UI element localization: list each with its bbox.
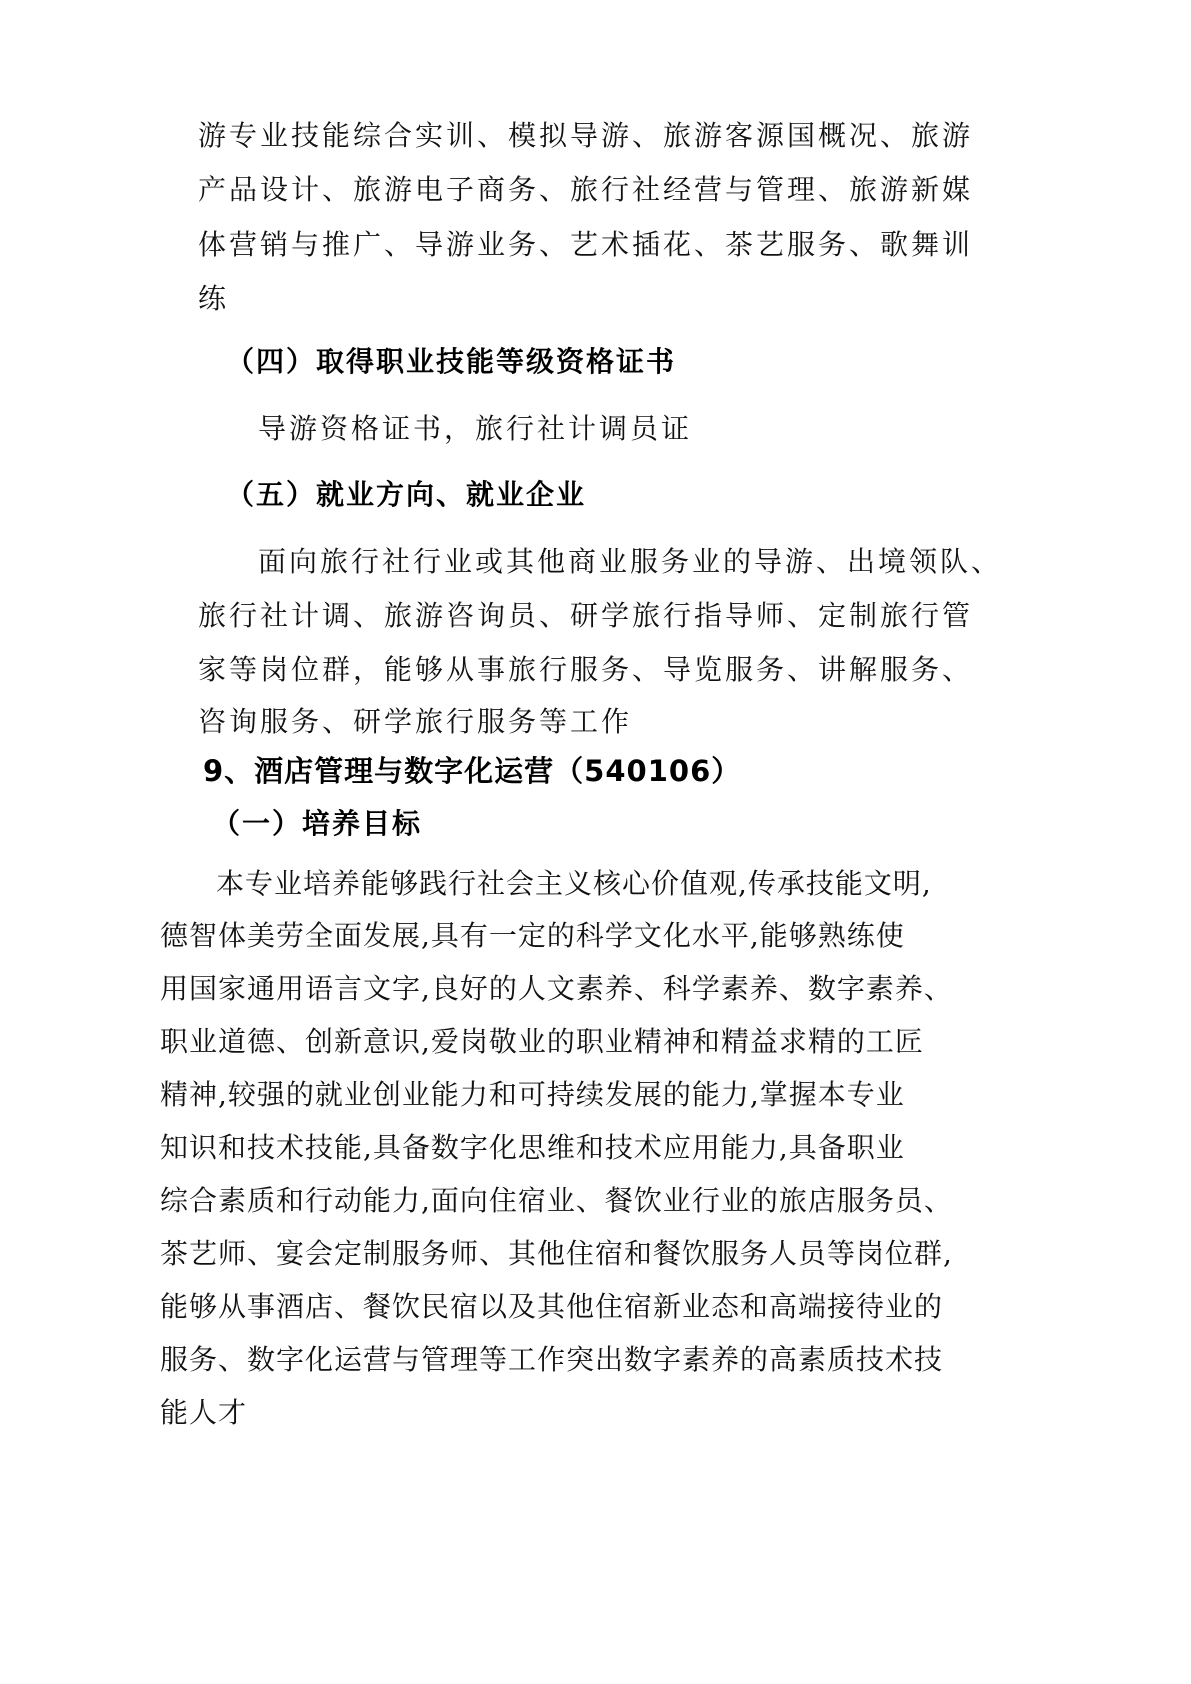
paragraph-line: 知识和技术技能,具备数字化思维和技术应用能力,具备职业 (160, 1130, 905, 1166)
paragraph-line: 精神,较强的就业创业能力和可持续发展的能力,掌握本专业 (160, 1077, 905, 1113)
paragraph-line: 本专业培养能够践行社会主义核心价值观,传承技能文明, (216, 866, 932, 902)
paragraph-line: 能够从事酒店、餐饮民宿以及其他住宿新业态和高端接待业的 (160, 1289, 943, 1325)
paragraph-line: 服务、数字化运营与管理等工作突出数字素养的高素质技术技 (160, 1342, 943, 1378)
document-page: 游专业技能综合实训、模拟导游、旅游客源国概况、旅游 产品设计、旅游电子商务、旅行… (0, 0, 1191, 1684)
paragraph-line: 职业道德、创新意识,爱岗敬业的职业精神和精益求精的工匠 (160, 1024, 924, 1060)
paragraph-line: 德智体美劳全面发展,具有一定的科学文化水平,能够熟练使 (160, 918, 905, 954)
training-objectives-paragraph: 本专业培养能够践行社会主义核心价值观,传承技能文明, 德智体美劳全面发展,具有一… (0, 0, 1191, 1684)
paragraph-line: 用国家通用语言文字,良好的人文素养、科学素养、数字素养、 (160, 971, 953, 1007)
paragraph-line: 茶艺师、宴会定制服务师、其他住宿和餐饮服务人员等岗位群, (160, 1236, 953, 1272)
paragraph-line: 综合素质和行动能力,面向住宿业、餐饮业行业的旅店服务员、 (160, 1183, 953, 1219)
paragraph-line: 能人才 (160, 1395, 247, 1431)
